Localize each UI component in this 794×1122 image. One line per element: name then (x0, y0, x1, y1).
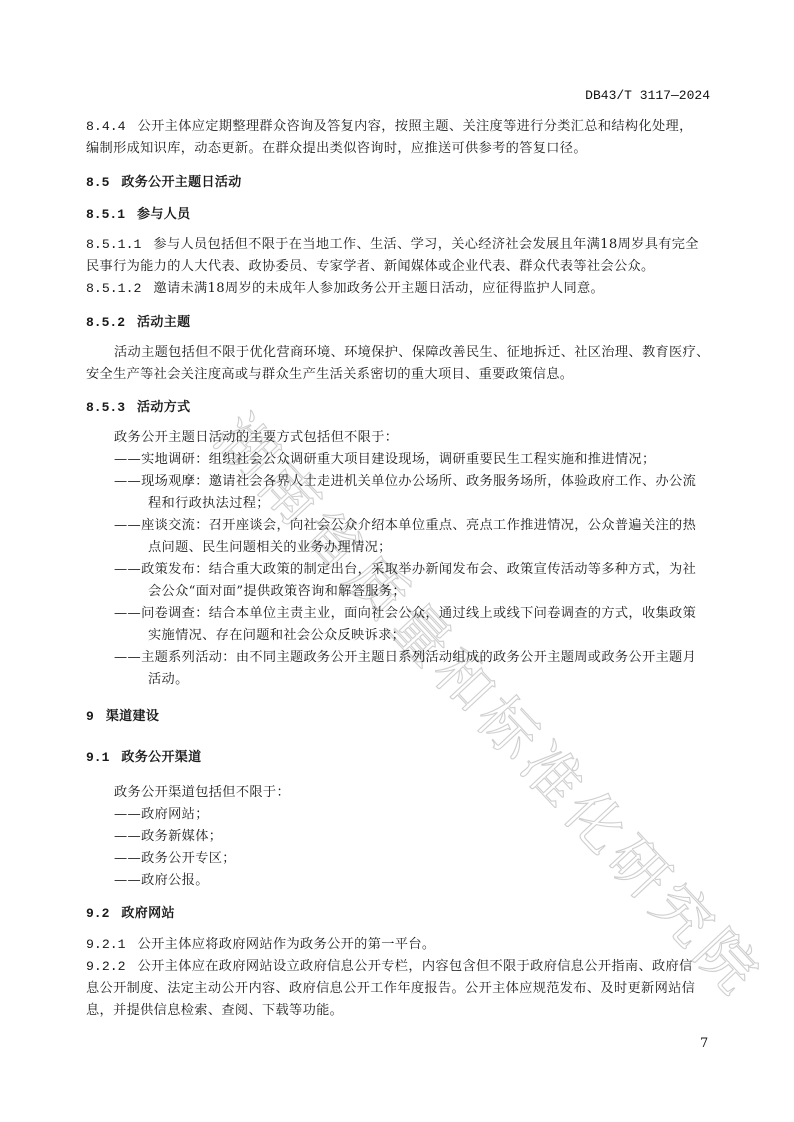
clause-8-5-1-2: 8.5.1.2邀请未满18周岁的未成年人参加政务公开主题日活动，应征得监护人同意… (86, 281, 712, 297)
clause-9-2-2: 9.2.2公开主体应在政府网站设立政府信息公开专栏，内容包含但不限于政府信息公开… (86, 959, 712, 975)
list-item: ——政策发布：结合重大政策的制定出台，采取举办新闻发布会、政策宣传活动等多种方式… (114, 562, 740, 578)
heading-number: 9.2 (86, 906, 109, 921)
document-code: DB43/T 3117—2024 (585, 88, 710, 103)
clause-8-5-1-1: 8.5.1.1参与人员包括但不限于在当地工作、生活、学习，关心经济社会发展且年满… (86, 237, 712, 253)
heading-title: 渠道建设 (106, 709, 159, 724)
heading-number: 8.5 (86, 175, 109, 190)
list-item: ——政府网站； (114, 807, 740, 823)
heading-number: 9 (86, 709, 94, 724)
section-heading-9-2: 9.2政府网站 (86, 906, 712, 922)
clause-text-continued: 息，并提供信息检索、查阅、下载等功能。 (86, 1003, 712, 1019)
heading-title: 政府网站 (121, 906, 174, 921)
section-heading-8-5-1: 8.5.1参与人员 (86, 207, 712, 223)
list-item-continued: 点问题、民生问题相关的业务办理情况； (148, 540, 774, 556)
clause-text: 公开主体应将政府网站作为政务公开的第一平台。 (138, 937, 436, 952)
clause-text: 邀请未满18周岁的未成年人参加政务公开主题日活动，应征得监护人同意。 (153, 281, 604, 296)
list-item: ——现场观摩：邀请社会各界人士走进机关单位办公场所、政务服务场所，体验政府工作、… (114, 474, 740, 490)
section-heading-8-5-3: 8.5.3活动方式 (86, 400, 712, 416)
list-item: ——座谈交流：召开座谈会，向社会公众介绍本单位重点、亮点工作推进情况，公众普遍关… (114, 518, 740, 534)
clause-number: 8.5.1.2 (86, 281, 141, 296)
document-page: 湖南省质量和标准化研究院 DB43/T 3117—2024 8.4.4公开主体应… (0, 0, 794, 1122)
clause-number: 9.2.2 (86, 959, 126, 974)
heading-number: 8.5.1 (86, 207, 125, 222)
list-item: ——问卷调查：结合本单位主责主业，面向社会公众，通过线上或线下问卷调查的方式，收… (114, 606, 740, 622)
clause-9-2-1: 9.2.1公开主体应将政府网站作为政务公开的第一平台。 (86, 937, 712, 953)
clause-text: 参与人员包括但不限于在当地工作、生活、学习，关心经济社会发展且年满18周岁具有完… (153, 237, 698, 252)
list-item: ——政务公开专区； (114, 851, 740, 867)
heading-title: 政务公开主题日活动 (121, 175, 241, 190)
clause-number: 8.4.4 (86, 119, 126, 134)
list-item-continued: 活动。 (148, 672, 774, 688)
heading-title: 参与人员 (137, 207, 190, 222)
list-item: ——主题系列活动：由不同主题政务公开主题日系列活动组成的政务公开主题周或政务公开… (114, 650, 740, 666)
list-intro: 政务公开主题日活动的主要方式包括但不限于： (114, 430, 740, 446)
section-heading-8-5-2: 8.5.2活动主题 (86, 315, 712, 331)
clause-8-4-4: 8.4.4公开主体应定期整理群众咨询及答复内容，按照主题、关注度等进行分类汇总和… (86, 119, 712, 135)
watermark: 湖南省质量和标准化研究院 (199, 393, 683, 904)
heading-number: 9.1 (86, 750, 109, 765)
clause-number: 9.2.1 (86, 937, 126, 952)
heading-number: 8.5.3 (86, 400, 125, 415)
list-item: ——实地调研：组织社会公众调研重大项目建设现场，调研重要民生工程实施和推进情况； (114, 452, 740, 468)
clause-number: 8.5.1.1 (86, 237, 141, 252)
clause-text-continued: 编制形成知识库，动态更新。在群众提出类似咨询时，应推送可供参考的答复口径。 (86, 141, 712, 157)
page-number: 7 (700, 1036, 708, 1051)
list-item-continued: 实施情况、存在问题和社会公众反映诉求； (148, 628, 774, 644)
list-intro: 政务公开渠道包括但不限于： (114, 785, 740, 801)
heading-title: 活动方式 (137, 400, 190, 415)
clause-text: 公开主体应定期整理群众咨询及答复内容，按照主题、关注度等进行分类汇总和结构化处理… (138, 119, 693, 134)
list-item-continued: 程和行政执法过程； (148, 496, 774, 512)
clause-text: 公开主体应在政府网站设立政府信息公开专栏，内容包含但不限于政府信息公开指南、政府… (138, 959, 693, 974)
clause-text-continued: 息公开制度、法定主动公开内容、政府信息公开工作年度报告。公开主体应规范发布、及时… (86, 981, 712, 997)
clause-text-continued: 民事行为能力的人大代表、政协委员、专家学者、新闻媒体或企业代表、群众代表等社会公… (86, 259, 712, 275)
paragraph-continued: 安全生产等社会关注度高或与群众生产生活关系密切的重大项目、重要政策信息。 (86, 367, 712, 383)
section-heading-9: 9渠道建设 (86, 709, 712, 725)
list-item-continued: 会公众“面对面”提供政策咨询和解答服务； (148, 584, 774, 600)
heading-title: 政务公开渠道 (121, 750, 201, 765)
list-item: ——政务新媒体； (114, 829, 740, 845)
section-heading-8-5: 8.5政务公开主题日活动 (86, 175, 712, 191)
list-item: ——政府公报。 (114, 873, 740, 889)
heading-title: 活动主题 (137, 315, 190, 330)
paragraph: 活动主题包括但不限于优化营商环境、环境保护、保障改善民生、征地拆迁、社区治理、教… (114, 345, 740, 361)
section-heading-9-1: 9.1政务公开渠道 (86, 750, 712, 766)
heading-number: 8.5.2 (86, 315, 125, 330)
